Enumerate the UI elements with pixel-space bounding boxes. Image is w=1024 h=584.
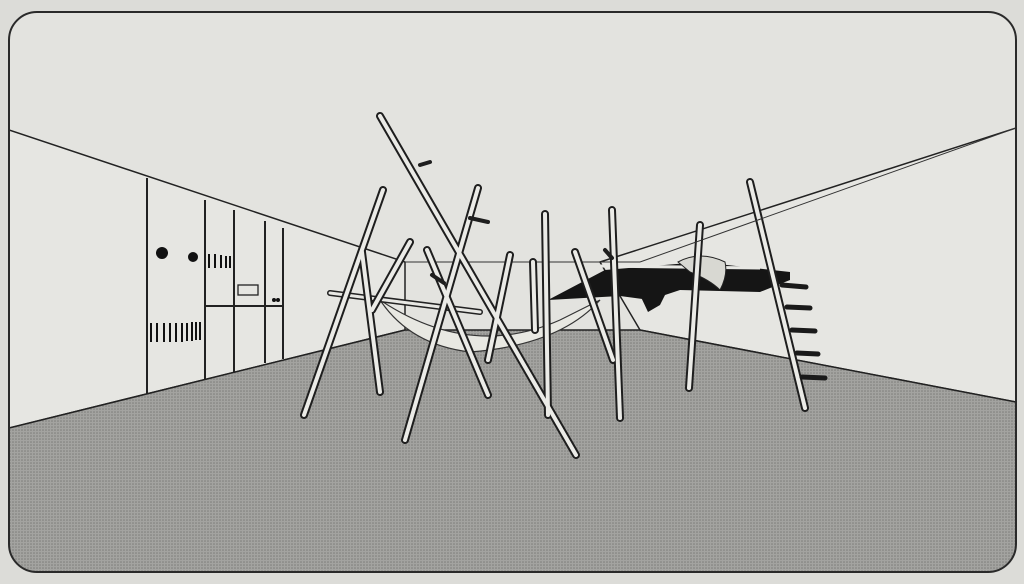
illustration-frame [0,0,1024,584]
exhibition-drawing [0,0,1024,584]
